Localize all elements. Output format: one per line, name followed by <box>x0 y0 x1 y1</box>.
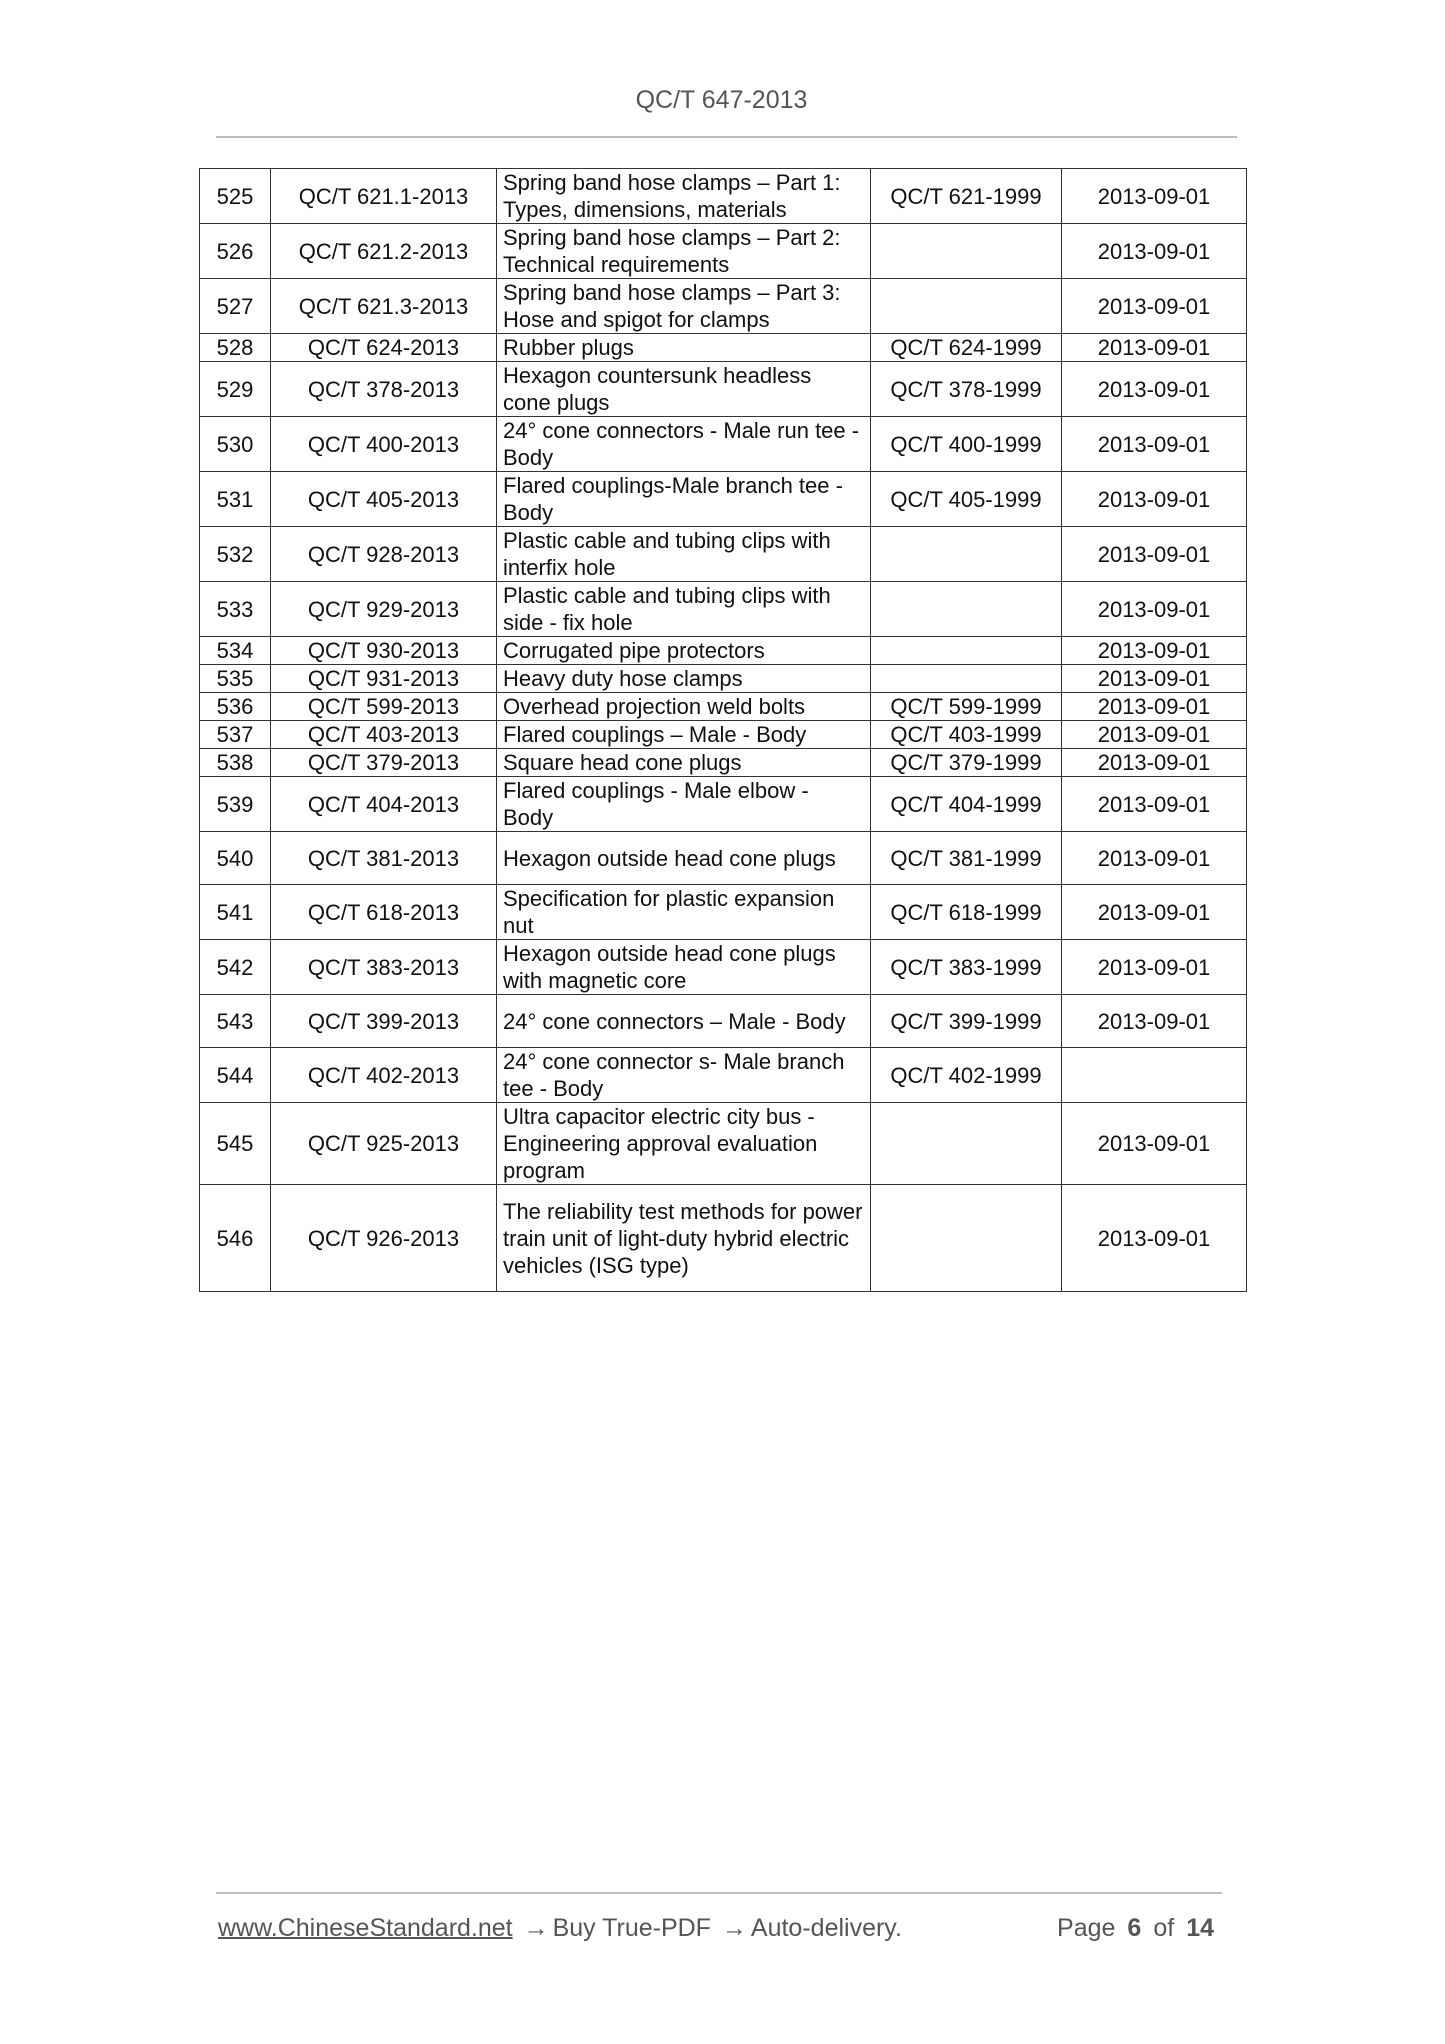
replaced-standard-cell: QC/T 402-1999 <box>871 1048 1062 1103</box>
standard-name-cell: Hexagon outside head cone plugs with mag… <box>497 940 871 995</box>
standard-name-cell: 24° cone connectors – Male - Body <box>497 995 871 1048</box>
standard-name-cell: Hexagon countersunk headless cone plugs <box>497 362 871 417</box>
replaced-standard-cell: QC/T 624-1999 <box>871 334 1062 362</box>
replaced-standard-cell: QC/T 621-1999 <box>871 169 1062 224</box>
current-page-number: 6 <box>1127 1914 1141 1942</box>
row-number-cell: 525 <box>200 169 271 224</box>
standard-name-cell: Ultra capacitor electric city bus - Engi… <box>497 1103 871 1185</box>
table-row: 526QC/T 621.2-2013Spring band hose clamp… <box>200 224 1247 279</box>
standard-name-cell: Flared couplings - Male elbow - Body <box>497 777 871 832</box>
table-row: 546QC/T 926-2013The reliability test met… <box>200 1185 1247 1292</box>
table-row: 545QC/T 925-2013Ultra capacitor electric… <box>200 1103 1247 1185</box>
replaced-standard-cell: QC/T 405-1999 <box>871 472 1062 527</box>
table-row: 532QC/T 928-2013Plastic cable and tubing… <box>200 527 1247 582</box>
implementation-date-cell: 2013-09-01 <box>1062 362 1247 417</box>
implementation-date-cell: 2013-09-01 <box>1062 472 1247 527</box>
row-number-cell: 529 <box>200 362 271 417</box>
arrow-right-icon: → <box>722 1914 747 1942</box>
replaced-standard-cell <box>871 224 1062 279</box>
standard-code-cell: QC/T 400-2013 <box>271 417 497 472</box>
page-label: Page <box>1057 1914 1115 1942</box>
table-row: 525QC/T 621.1-2013Spring band hose clamp… <box>200 169 1247 224</box>
implementation-date-cell: 2013-09-01 <box>1062 417 1247 472</box>
replaced-standard-cell <box>871 279 1062 334</box>
standard-code-cell: QC/T 621.1-2013 <box>271 169 497 224</box>
standard-code-cell: QC/T 383-2013 <box>271 940 497 995</box>
footer-promo: www.ChineseStandard.net →Buy True-PDF →A… <box>218 1912 902 1944</box>
table-row: 527QC/T 621.3-2013Spring band hose clamp… <box>200 279 1247 334</box>
standard-name-cell: Spring band hose clamps – Part 1: Types,… <box>497 169 871 224</box>
standard-name-cell: Rubber plugs <box>497 334 871 362</box>
row-number-cell: 530 <box>200 417 271 472</box>
standard-name-cell: Plastic cable and tubing clips with side… <box>497 582 871 637</box>
replaced-standard-cell: QC/T 618-1999 <box>871 885 1062 940</box>
table-row: 536QC/T 599-2013Overhead projection weld… <box>200 693 1247 721</box>
table-row: 537QC/T 403-2013Flared couplings – Male … <box>200 721 1247 749</box>
row-number-cell: 539 <box>200 777 271 832</box>
standard-code-cell: QC/T 926-2013 <box>271 1185 497 1292</box>
replaced-standard-cell <box>871 637 1062 665</box>
implementation-date-cell: 2013-09-01 <box>1062 749 1247 777</box>
implementation-date-cell: 2013-09-01 <box>1062 777 1247 832</box>
standard-name-cell: The reliability test methods for power t… <box>497 1185 871 1292</box>
table-row: 533QC/T 929-2013Plastic cable and tubing… <box>200 582 1247 637</box>
row-number-cell: 531 <box>200 472 271 527</box>
implementation-date-cell: 2013-09-01 <box>1062 995 1247 1048</box>
implementation-date-cell: 2013-09-01 <box>1062 527 1247 582</box>
standard-name-cell: Flared couplings – Male - Body <box>497 721 871 749</box>
page-header: QC/T 647-2013 <box>0 84 1445 116</box>
implementation-date-cell: 2013-09-01 <box>1062 693 1247 721</box>
page-indicator: Page6of14 <box>1057 1912 1214 1944</box>
replaced-standard-cell: QC/T 378-1999 <box>871 362 1062 417</box>
total-pages-number: 14 <box>1186 1914 1214 1942</box>
standard-code-cell: QC/T 925-2013 <box>271 1103 497 1185</box>
replaced-standard-cell: QC/T 599-1999 <box>871 693 1062 721</box>
implementation-date-cell: 2013-09-01 <box>1062 940 1247 995</box>
footer-divider <box>216 1892 1222 1894</box>
standard-name-cell: Spring band hose clamps – Part 3: Hose a… <box>497 279 871 334</box>
implementation-date-cell: 2013-09-01 <box>1062 334 1247 362</box>
implementation-date-cell: 2013-09-01 <box>1062 224 1247 279</box>
standard-code-cell: QC/T 399-2013 <box>271 995 497 1048</box>
replaced-standard-cell <box>871 1185 1062 1292</box>
row-number-cell: 526 <box>200 224 271 279</box>
row-number-cell: 528 <box>200 334 271 362</box>
implementation-date-cell: 2013-09-01 <box>1062 637 1247 665</box>
implementation-date-cell: 2013-09-01 <box>1062 169 1247 224</box>
row-number-cell: 540 <box>200 832 271 885</box>
standard-name-cell: Hexagon outside head cone plugs <box>497 832 871 885</box>
replaced-standard-cell <box>871 527 1062 582</box>
replaced-standard-cell: QC/T 381-1999 <box>871 832 1062 885</box>
standard-code-cell: QC/T 381-2013 <box>271 832 497 885</box>
standard-name-cell: 24° cone connectors - Male run tee - Bod… <box>497 417 871 472</box>
row-number-cell: 546 <box>200 1185 271 1292</box>
replaced-standard-cell <box>871 582 1062 637</box>
table-row: 538QC/T 379-2013Square head cone plugsQC… <box>200 749 1247 777</box>
implementation-date-cell: 2013-09-01 <box>1062 721 1247 749</box>
standard-code-cell: QC/T 621.2-2013 <box>271 224 497 279</box>
arrow-right-icon: → <box>524 1914 549 1942</box>
row-number-cell: 542 <box>200 940 271 995</box>
of-label: of <box>1153 1914 1174 1942</box>
replaced-standard-cell: QC/T 400-1999 <box>871 417 1062 472</box>
standard-code-cell: QC/T 379-2013 <box>271 749 497 777</box>
replaced-standard-cell: QC/T 383-1999 <box>871 940 1062 995</box>
standard-name-cell: Specification for plastic expansion nut <box>497 885 871 940</box>
table-row: 542QC/T 383-2013Hexagon outside head con… <box>200 940 1247 995</box>
standard-code-cell: QC/T 624-2013 <box>271 334 497 362</box>
standard-name-cell: Spring band hose clamps – Part 2: Techni… <box>497 224 871 279</box>
row-number-cell: 545 <box>200 1103 271 1185</box>
replaced-standard-cell: QC/T 404-1999 <box>871 777 1062 832</box>
row-number-cell: 534 <box>200 637 271 665</box>
table-row: 539QC/T 404-2013Flared couplings - Male … <box>200 777 1247 832</box>
table-row: 531QC/T 405-2013Flared couplings-Male br… <box>200 472 1247 527</box>
standard-code-cell: QC/T 402-2013 <box>271 1048 497 1103</box>
standard-code-cell: QC/T 931-2013 <box>271 665 497 693</box>
table-row: 534QC/T 930-2013Corrugated pipe protecto… <box>200 637 1247 665</box>
standard-code-cell: QC/T 618-2013 <box>271 885 497 940</box>
implementation-date-cell: 2013-09-01 <box>1062 885 1247 940</box>
standard-code-cell: QC/T 378-2013 <box>271 362 497 417</box>
implementation-date-cell <box>1062 1048 1247 1103</box>
implementation-date-cell: 2013-09-01 <box>1062 582 1247 637</box>
buy-pdf-text: Buy True-PDF <box>553 1914 711 1942</box>
replaced-standard-cell <box>871 1103 1062 1185</box>
row-number-cell: 536 <box>200 693 271 721</box>
table-row: 535QC/T 931-2013Heavy duty hose clamps20… <box>200 665 1247 693</box>
standard-code-cell: QC/T 599-2013 <box>271 693 497 721</box>
standard-code-cell: QC/T 929-2013 <box>271 582 497 637</box>
table-row: 528QC/T 624-2013Rubber plugsQC/T 624-199… <box>200 334 1247 362</box>
standard-name-cell: Heavy duty hose clamps <box>497 665 871 693</box>
table-row: 529QC/T 378-2013Hexagon countersunk head… <box>200 362 1247 417</box>
row-number-cell: 535 <box>200 665 271 693</box>
standards-table: 525QC/T 621.1-2013Spring band hose clamp… <box>199 168 1247 1292</box>
row-number-cell: 541 <box>200 885 271 940</box>
website-link[interactable]: www.ChineseStandard.net <box>218 1914 513 1942</box>
implementation-date-cell: 2013-09-01 <box>1062 1185 1247 1292</box>
row-number-cell: 527 <box>200 279 271 334</box>
row-number-cell: 543 <box>200 995 271 1048</box>
row-number-cell: 533 <box>200 582 271 637</box>
standard-code-cell: QC/T 403-2013 <box>271 721 497 749</box>
table-row: 540QC/T 381-2013Hexagon outside head con… <box>200 832 1247 885</box>
implementation-date-cell: 2013-09-01 <box>1062 1103 1247 1185</box>
standard-name-cell: Square head cone plugs <box>497 749 871 777</box>
replaced-standard-cell <box>871 665 1062 693</box>
standard-code-cell: QC/T 404-2013 <box>271 777 497 832</box>
table-row: 544QC/T 402-201324° cone connector s- Ma… <box>200 1048 1247 1103</box>
standard-name-cell: Plastic cable and tubing clips with inte… <box>497 527 871 582</box>
row-number-cell: 532 <box>200 527 271 582</box>
row-number-cell: 538 <box>200 749 271 777</box>
row-number-cell: 537 <box>200 721 271 749</box>
standard-code-cell: QC/T 621.3-2013 <box>271 279 497 334</box>
implementation-date-cell: 2013-09-01 <box>1062 279 1247 334</box>
replaced-standard-cell: QC/T 379-1999 <box>871 749 1062 777</box>
replaced-standard-cell: QC/T 399-1999 <box>871 995 1062 1048</box>
table-row: 541QC/T 618-2013Specification for plasti… <box>200 885 1247 940</box>
auto-delivery-text: Auto-delivery. <box>751 1914 902 1942</box>
standard-name-cell: Flared couplings-Male branch tee - Body <box>497 472 871 527</box>
implementation-date-cell: 2013-09-01 <box>1062 665 1247 693</box>
standard-code-cell: QC/T 405-2013 <box>271 472 497 527</box>
standard-name-cell: Corrugated pipe protectors <box>497 637 871 665</box>
implementation-date-cell: 2013-09-01 <box>1062 832 1247 885</box>
replaced-standard-cell: QC/T 403-1999 <box>871 721 1062 749</box>
standards-table-body: 525QC/T 621.1-2013Spring band hose clamp… <box>200 169 1247 1292</box>
table-row: 530QC/T 400-201324° cone connectors - Ma… <box>200 417 1247 472</box>
standard-code-cell: QC/T 928-2013 <box>271 527 497 582</box>
standard-code-cell: QC/T 930-2013 <box>271 637 497 665</box>
header-divider <box>216 136 1237 138</box>
document-code-title: QC/T 647-2013 <box>636 86 808 114</box>
row-number-cell: 544 <box>200 1048 271 1103</box>
page-footer: www.ChineseStandard.net →Buy True-PDF →A… <box>218 1912 1218 1944</box>
standard-name-cell: Overhead projection weld bolts <box>497 693 871 721</box>
standard-name-cell: 24° cone connector s- Male branch tee - … <box>497 1048 871 1103</box>
table-row: 543QC/T 399-201324° cone connectors – Ma… <box>200 995 1247 1048</box>
